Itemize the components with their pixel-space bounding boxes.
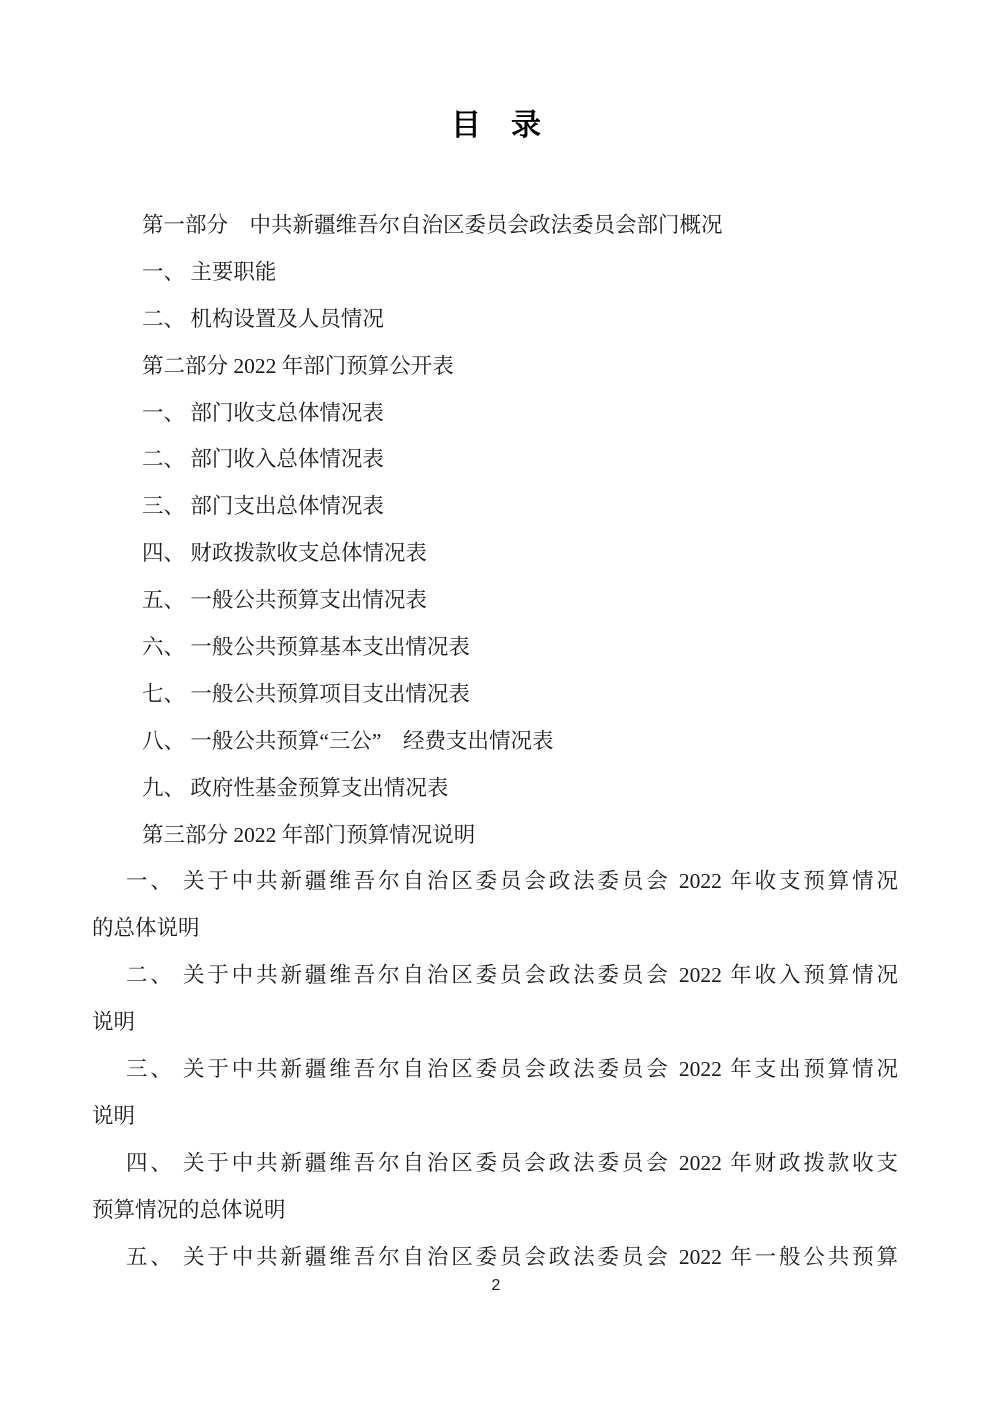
toc-entry-part2-item2: 二、 部门收入总体情况表 bbox=[92, 436, 898, 483]
toc-entry-part1-heading: 第一部分 中共新疆维吾尔自治区委员会政法委员会部门概况 bbox=[92, 202, 898, 249]
toc-entry-part3-heading: 第三部分 2022 年部门预算情况说明 bbox=[92, 812, 898, 859]
page-title: 目 录 bbox=[0, 100, 992, 144]
toc-entry-part3-item4-cont: 预算情况的总体说明 bbox=[92, 1187, 898, 1234]
toc-entry-part2-item8: 八、 一般公共预算“三公” 经费支出情况表 bbox=[92, 718, 898, 765]
table-of-contents: 第一部分 中共新疆维吾尔自治区委员会政法委员会部门概况 一、 主要职能 二、 机… bbox=[92, 202, 898, 1280]
toc-entry-part1-item1: 一、 主要职能 bbox=[92, 249, 898, 296]
toc-entry-part3-item1: 一、 关于中共新疆维吾尔自治区委员会政法委员会 2022 年收支预算情况 bbox=[92, 858, 898, 905]
toc-entry-part2-item9: 九、 政府性基金预算支出情况表 bbox=[92, 765, 898, 812]
toc-entry-part3-item3: 三、 关于中共新疆维吾尔自治区委员会政法委员会 2022 年支出预算情况 bbox=[92, 1046, 898, 1093]
toc-entry-part2-item6: 六、 一般公共预算基本支出情况表 bbox=[92, 624, 898, 671]
toc-entry-part2-item5: 五、 一般公共预算支出情况表 bbox=[92, 577, 898, 624]
toc-entry-part3-item2: 二、 关于中共新疆维吾尔自治区委员会政法委员会 2022 年收入预算情况 bbox=[92, 952, 898, 999]
toc-entry-part2-heading: 第二部分 2022 年部门预算公开表 bbox=[92, 343, 898, 390]
toc-entry-part2-item3: 三、 部门支出总体情况表 bbox=[92, 483, 898, 530]
toc-entry-part3-item4: 四、 关于中共新疆维吾尔自治区委员会政法委员会 2022 年财政拨款收支 bbox=[92, 1140, 898, 1187]
toc-entry-part3-item3-cont: 说明 bbox=[92, 1093, 898, 1140]
document-page: 目 录 第一部分 中共新疆维吾尔自治区委员会政法委员会部门概况 一、 主要职能 … bbox=[0, 0, 992, 1403]
toc-entry-part3-item1-cont: 的总体说明 bbox=[92, 905, 898, 952]
toc-entry-part2-item1: 一、 部门收支总体情况表 bbox=[92, 390, 898, 437]
toc-entry-part3-item5: 五、 关于中共新疆维吾尔自治区委员会政法委员会 2022 年一般公共预算 bbox=[92, 1234, 898, 1281]
toc-entry-part3-item2-cont: 说明 bbox=[92, 999, 898, 1046]
toc-entry-part2-item4: 四、 财政拨款收支总体情况表 bbox=[92, 530, 898, 577]
page-number: 2 bbox=[0, 1277, 992, 1295]
toc-entry-part1-item2: 二、 机构设置及人员情况 bbox=[92, 296, 898, 343]
toc-entry-part2-item7: 七、 一般公共预算项目支出情况表 bbox=[92, 671, 898, 718]
